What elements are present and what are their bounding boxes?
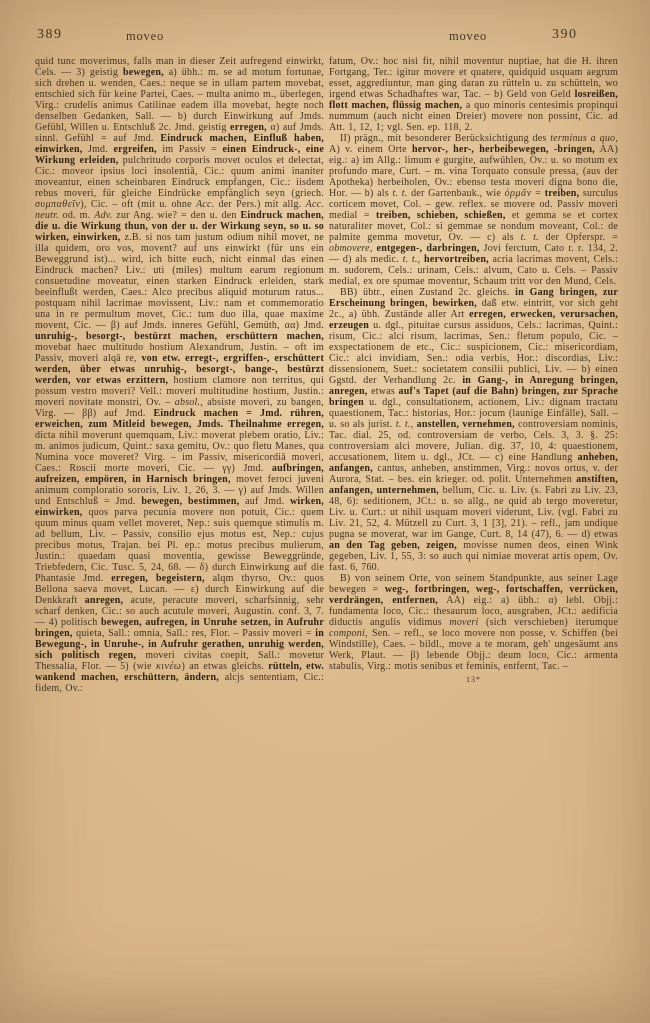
text-paragraph: II) prägn., mit besonderer Berücksichtig…: [329, 133, 618, 287]
signature-mark: 13*: [329, 674, 618, 685]
text-paragraph: quid tunc moverimus, falls man in dieser…: [35, 56, 324, 694]
page-number-right: 390: [552, 27, 578, 43]
running-head-left: moveo: [90, 29, 200, 44]
page-number-left: 389: [37, 27, 63, 43]
scanned-book-page: { "page": { "left_page_number": "389", "…: [0, 0, 650, 1023]
text-paragraph: B) von seinem Orte, von seinem Standpunk…: [329, 573, 618, 672]
running-head-right: moveo: [413, 29, 523, 44]
right-text-column: fatum, Ov.: hoc nisi fit, nihil moventur…: [329, 56, 618, 685]
left-text-column: quid tunc moverimus, falls man in dieser…: [35, 56, 324, 694]
text-paragraph: BB) übtr., einen Zustand 2c. gleichs. in…: [329, 287, 618, 573]
text-paragraph: fatum, Ov.: hoc nisi fit, nihil moventur…: [329, 56, 618, 133]
